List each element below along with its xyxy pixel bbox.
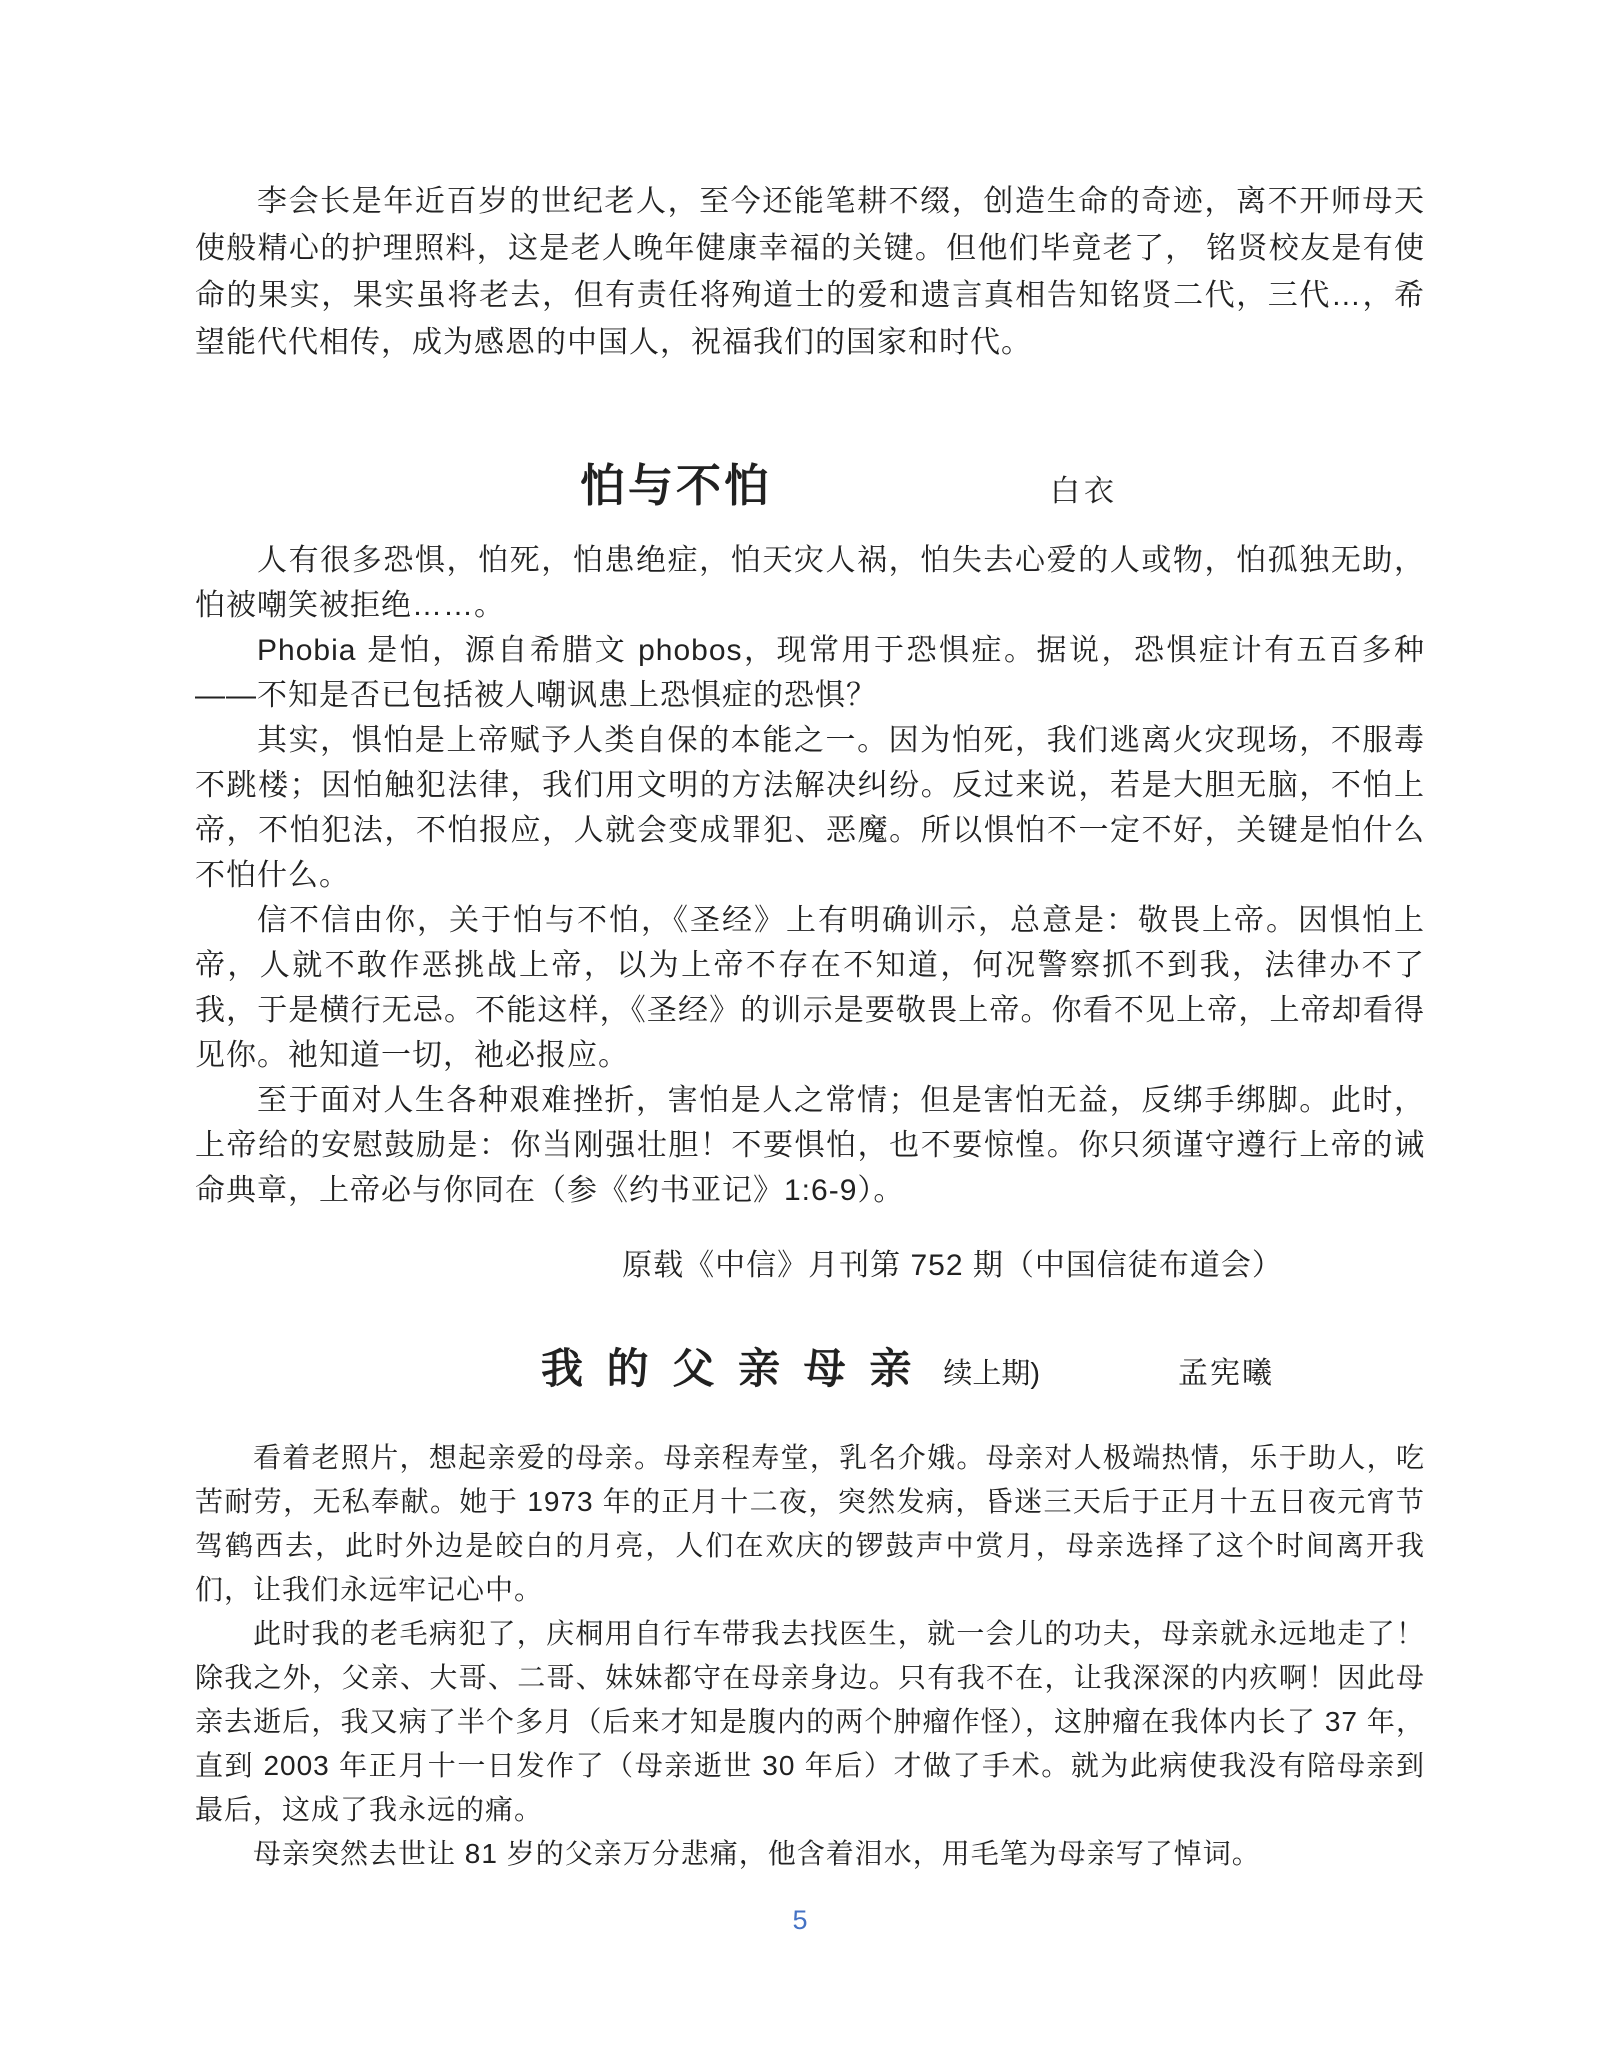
document-page: 李会长是年近百岁的世纪老人，至今还能笔耕不缀，创造生命的奇迹，离不开师母天使般精… (0, 0, 1600, 1876)
page-number: 5 (0, 1905, 1600, 1936)
article1-title: 怕与不怕 (580, 456, 772, 516)
article2-title: 我 的 父 亲 母 亲 (541, 1340, 917, 1398)
article2-author: 孟宪曦 (1178, 1348, 1274, 1392)
article1-author: 白衣 (1050, 466, 1118, 510)
article1-paragraph: 其实，惧怕是上帝赋予人类自保的本能之一。因为怕死，我们逃离火灾现场，不服毒不跳楼… (195, 718, 1425, 898)
article1-citation: 原载《中信》月刊第 752 期（中国信徒布道会） (195, 1243, 1425, 1288)
article1-paragraph: 人有很多恐惧，怕死，怕患绝症，怕天灾人祸，怕失去心爱的人或物，怕孤独无助，怕被嘲… (195, 538, 1425, 628)
article1-paragraph: Phobia 是怕，源自希腊文 phobos，现常用于恐惧症。据说，恐惧症计有五… (195, 628, 1425, 718)
article1-title-row: 怕与不怕 白衣 (195, 456, 1425, 516)
article2-paragraph: 此时我的老毛病犯了，庆桐用自行车带我去找医生，就一会儿的功夫，母亲就永远地走了！… (195, 1612, 1425, 1832)
article2-paragraph: 看着老照片，想起亲爱的母亲。母亲程寿堂，乳名介娥。母亲对人极端热情，乐于助人，吃… (195, 1436, 1425, 1612)
article2-subtitle: 续上期) (943, 1351, 1040, 1392)
article1-paragraph: 信不信由你，关于怕与不怕，《圣经》上有明确训示，总意是：敬畏上帝。因惧怕上帝，人… (195, 898, 1425, 1078)
intro-paragraph: 李会长是年近百岁的世纪老人，至今还能笔耕不缀，创造生命的奇迹，离不开师母天使般精… (195, 178, 1425, 366)
article2-title-row: 我 的 父 亲 母 亲 续上期) 孟宪曦 (195, 1340, 1425, 1398)
article2-paragraph: 母亲突然去世让 81 岁的父亲万分悲痛，他含着泪水，用毛笔为母亲写了悼词。 (195, 1832, 1425, 1876)
article1-body: 人有很多恐惧，怕死，怕患绝症，怕天灾人祸，怕失去心爱的人或物，怕孤独无助，怕被嘲… (195, 538, 1425, 1288)
article1-paragraph: 至于面对人生各种艰难挫折，害怕是人之常情；但是害怕无益，反绑手绑脚。此时，上帝给… (195, 1078, 1425, 1213)
article2-body: 看着老照片，想起亲爱的母亲。母亲程寿堂，乳名介娥。母亲对人极端热情，乐于助人，吃… (195, 1436, 1425, 1876)
